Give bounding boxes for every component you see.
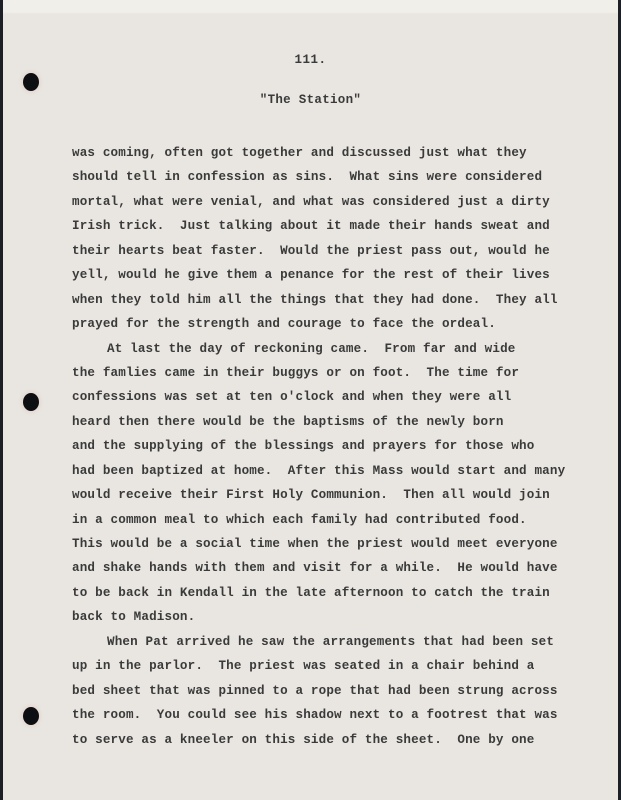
text-line: would receive their First Holy Communion… — [72, 483, 612, 507]
punch-hole-middle — [23, 393, 39, 411]
text-line: had been baptized at home. After this Ma… — [72, 459, 612, 483]
text-line: up in the parlor. The priest was seated … — [72, 654, 612, 678]
text-line: mortal, what were venial, and what was c… — [72, 190, 612, 214]
text-line: to serve as a kneeler on this side of th… — [72, 728, 612, 752]
text-line: the room. You could see his shadow next … — [72, 703, 612, 727]
text-line: and the supplying of the blessings and p… — [72, 434, 612, 458]
text-line: confessions was set at ten o'clock and w… — [72, 385, 612, 409]
text-line: when they told him all the things that t… — [72, 288, 612, 312]
text-line: bed sheet that was pinned to a rope that… — [72, 679, 612, 703]
punch-hole-bottom — [23, 707, 39, 725]
text-line: yell, would he give them a penance for t… — [72, 263, 612, 287]
text-line: their hearts beat faster. Would the prie… — [72, 239, 612, 263]
text-line: should tell in confession as sins. What … — [72, 165, 612, 189]
text-line: the famlies came in their buggys or on f… — [72, 361, 612, 385]
body-text: was coming, often got together and discu… — [72, 141, 612, 752]
scan-edge-left — [0, 0, 3, 800]
text-line: and shake hands with them and visit for … — [72, 556, 612, 580]
text-line: to be back in Kendall in the late aftern… — [72, 581, 612, 605]
text-line-paragraph-start: When Pat arrived he saw the arrangements… — [72, 630, 612, 654]
text-line: heard then there would be the baptisms o… — [72, 410, 612, 434]
text-line: This would be a social time when the pri… — [72, 532, 612, 556]
punch-hole-top — [23, 73, 39, 91]
text-line: back to Madison. — [72, 605, 612, 629]
page-number: 111. — [0, 53, 621, 67]
chapter-title: "The Station" — [0, 93, 621, 107]
text-line-paragraph-start: At last the day of reckoning came. From … — [72, 337, 612, 361]
text-line: Irish trick. Just talking about it made … — [72, 214, 612, 238]
text-line: in a common meal to which each family ha… — [72, 508, 612, 532]
text-line: was coming, often got together and discu… — [72, 141, 612, 165]
text-line: prayed for the strength and courage to f… — [72, 312, 612, 336]
